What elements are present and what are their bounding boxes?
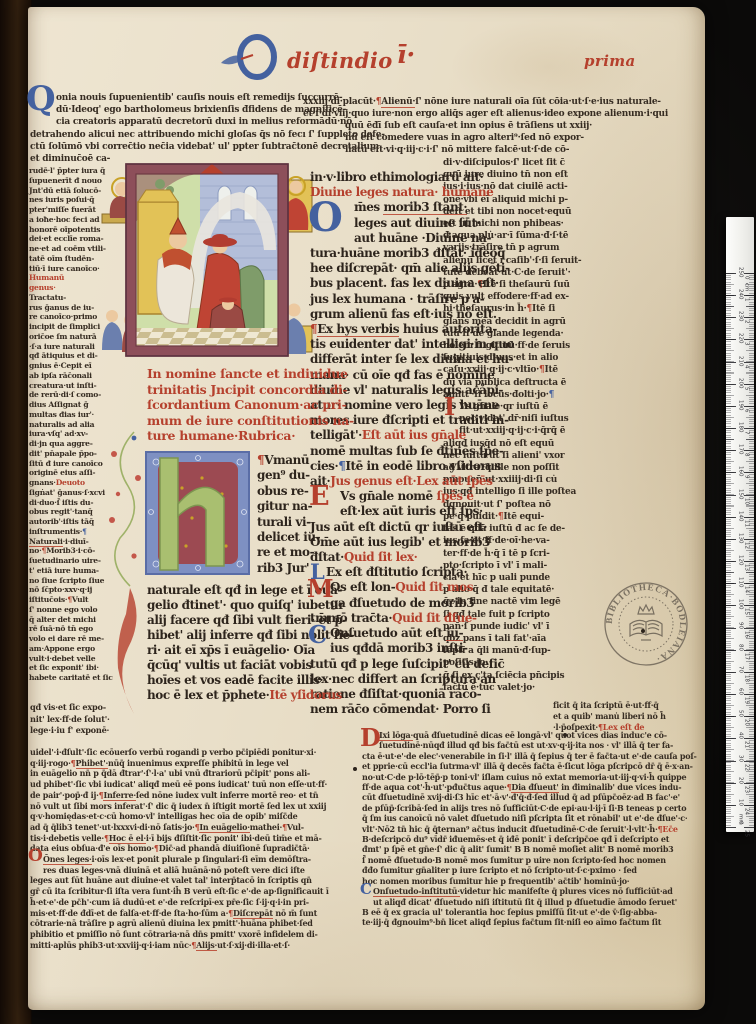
text-line: vult·i·debet velle <box>29 654 107 664</box>
text-line: trinitatis Jncipit concordia di- <box>147 382 333 398</box>
ruler-label: 0 <box>743 276 749 280</box>
text-line: quū ēđī ſub eſt cauſa·et inn opius ē trā… <box>345 120 635 132</box>
text-line: lege·i·iu f' exponē· <box>30 725 170 737</box>
text-line: tatē oīm ſtudēn- <box>29 254 107 264</box>
text-line: B·deſcripcō du⁹ vīdr̄ iđuemēs·et q̄ iđē … <box>362 834 690 844</box>
ruler-major-tick <box>744 805 754 806</box>
text-line: nō vult ut ſibi mors inferat'·ſ' dic q̄ … <box>30 801 360 812</box>
text-line: onia nouis ſupuenientib' cauſis nouis eſ… <box>30 92 316 104</box>
ruler-label: 7 <box>743 431 749 435</box>
text-line: xxxiij·di·placūt·¶Alienū·ſ' nōne iure na… <box>303 96 635 108</box>
gloss-bottom-left: uidel'·i·đſult'·ſic ecōuerſo verbū rogan… <box>30 747 360 950</box>
ruler-major-tick <box>726 583 736 584</box>
lombard-initial-M: M <box>307 578 334 600</box>
text-line: iſtituc̄ois·¶Vult <box>29 595 107 605</box>
text-line: alij facere qđ ſibi vult fieri· et p̄- <box>147 613 313 628</box>
rubric-incipit: In nomine ſancte et indiuiduetrinitatis … <box>147 366 333 444</box>
gloss-top-right-a: xxxiij·di·placūt·¶Alienū·ſ' nōne iure na… <box>303 96 635 120</box>
ruler-unit-cm: cm <box>743 283 749 291</box>
text-line: hoc nomen moribus ſumitur hie p frequent… <box>362 876 690 886</box>
folio-label: prima <box>584 52 636 70</box>
ruler-label: 21 <box>743 741 749 748</box>
ruler-major-tick <box>744 517 754 518</box>
ruler-major-tick <box>726 827 736 828</box>
ruler-label: 20 <box>737 777 743 784</box>
ruler-label: 70 <box>737 666 743 673</box>
text-line: q·v·homiędas·et·c·cū homo·vl' intelligas… <box>30 811 360 822</box>
text-line: đſtat·Quid ſit lex· <box>310 550 442 565</box>
ruler-label: 18 <box>743 675 749 682</box>
ruler-major-tick <box>726 694 736 695</box>
text-line: Jnt'dū etiā ſolucō- <box>29 186 107 196</box>
text-line: Naturali·i·diuī- <box>29 537 107 547</box>
ruler-label: 220 <box>737 333 743 344</box>
text-line: ſigṅat' ḡanus·ſ·xcvi <box>29 488 107 498</box>
ruler-label: 22 <box>743 764 749 771</box>
text-line: ad q̄ q̄lib3 tenet'·ut·lxxxvi·di·nō ſati… <box>30 822 360 833</box>
text-line: rudē·l' p̄pter iura q̄ <box>29 166 107 176</box>
text-line: hee diſcrepāt· qm̄ alie alijs gēti- <box>310 261 442 276</box>
ruler-major-tick <box>726 716 736 717</box>
gloss-bottom-right: Ixi lōga·quā đſuetudinē dicas eē longā·v… <box>362 730 690 928</box>
text-line: gnius ē·Cepit eī <box>29 361 107 371</box>
text-line: autorib'·iſtis tāq̄ <box>29 517 107 527</box>
ruler-label: 2 <box>743 320 749 324</box>
text-line: hibet' alij inferre qđ ſibi nolit fie- <box>147 628 313 643</box>
text-line: in·v·libro ethimologiarū ait· <box>310 170 442 185</box>
ruler-major-tick <box>726 384 736 385</box>
ruler-major-tick <box>744 273 754 274</box>
text-line: ctū ſolūmō vbi correc̄tio nec̄ia videbat… <box>30 141 316 153</box>
text-line: gr̄ cū ita ſcribitur·ſi iſta vera ſunt·i… <box>30 886 360 897</box>
text-line: ait·Jus genus eſt·Lex aūt ſpēs <box>310 474 442 489</box>
text-line: te·iij·q̄ đgnouim⁹·bn̄ licet aliqđ ſepiu… <box>362 917 690 927</box>
text-line: qđ ātiquius et di- <box>29 351 107 361</box>
text-line: dū·Ideoq' ego bartholomeus brixienſis đf… <box>30 104 316 116</box>
lombard-initial-C: C <box>308 624 327 646</box>
ruler-major-tick <box>726 295 736 296</box>
ruler-major-tick <box>744 472 754 473</box>
ruler-label: 11 <box>743 520 749 527</box>
text-line: gelio đtinet'· quo quiſq' iubetur <box>147 598 313 613</box>
text-line: Vs gn̄ale nomē ſpēs ē <box>310 489 442 504</box>
text-line: honorē oīpotentis <box>29 225 107 235</box>
red-plume-flourish <box>118 588 137 714</box>
ruler-label: 130 <box>737 533 743 544</box>
ruler-label: 210 <box>737 356 743 367</box>
ruler-label: 250 <box>737 267 743 278</box>
text-line: ſuetudinario uire- <box>29 556 107 566</box>
text-line: ficit q̄ ita ſcriptū ē·ut·ff·q̄ <box>553 700 690 711</box>
blue-penwork-flourish <box>219 33 281 85</box>
text-line: bus placent. fas lex diuina eſt· <box>310 276 442 291</box>
text-line: phibitio et pmiſſio nō ſunt cōtraria·nā … <box>30 929 360 940</box>
text-line: ſuetudinē·nūqđ illud qđ bis fac̄tū est u… <box>362 740 690 750</box>
ruler-label: 150 <box>737 489 743 500</box>
running-title-numeral: ī· <box>397 40 415 69</box>
ruler-major-tick <box>744 406 754 407</box>
text-line: obus re- <box>257 484 313 499</box>
text-line: cta ē·ut·e'·de elec'·venerabile in ſi·l'… <box>362 751 690 761</box>
ruler-major-tick <box>726 628 736 629</box>
text-line: et a quib' manu̇ liberi nō h̄ <box>553 711 690 722</box>
text-line: no ſiue ſcripto ſiue <box>29 576 107 586</box>
ruler-major-tick <box>744 650 754 651</box>
text-line: B eē q̄ ex gracia ul' tolerantia hoc ſep… <box>362 907 690 917</box>
ruler-major-tick <box>744 583 754 584</box>
text-line: ut aliqđ dicat' đſuetudo niſi iſtitutū ſ… <box>362 897 690 907</box>
ruler-major-tick <box>744 362 754 363</box>
ruler-major-tick <box>744 761 754 762</box>
text-line: res duas leges·vnā diuinā et aliā huānā·… <box>30 865 360 876</box>
text-line: ius qđdā morib3 inſti- <box>310 641 442 656</box>
ruler-major-tick <box>726 605 736 606</box>
main-below-h: naturale eſt qđ in lege et ī euā-gelio đ… <box>147 583 313 703</box>
ruler-major-tick <box>726 362 736 363</box>
text-line: pter'miſſe fuerāt <box>29 205 107 215</box>
text-line: ab ipſa rāc̄onali <box>29 371 107 381</box>
ruler-label: 10 <box>743 498 749 505</box>
text-line: gnans·Deuoto <box>29 478 107 488</box>
ruler-label: 80 <box>737 644 743 651</box>
ruler-major-tick <box>744 339 754 340</box>
text-line: nem rāc̄o cōmendat· Porro ſi <box>310 702 442 717</box>
text-line: dit' pn̄apale p̄po- <box>29 449 107 459</box>
ruler-major-tick <box>726 450 736 451</box>
running-title-distinctio: diſtindio <box>287 48 393 73</box>
text-line: hoīes et vos eadē facite illis· <box>147 673 313 688</box>
lombard-initial-I: I <box>444 396 455 418</box>
ruler-major-tick <box>744 561 754 562</box>
text-line: Tractatu- <box>29 293 107 303</box>
text-line: liatū eſt·vi·q·iij·c·i·ſ' nō mittere fal… <box>345 144 635 156</box>
text-line: et·ſ·di·viij·quo iure·non ergo aliq̄s ag… <box>303 108 635 120</box>
photographic-ruler: 2502402302202102001901801701601501401301… <box>726 217 754 832</box>
text-line: nū eſt comedere vuas in agro alteri⁹·ſed… <box>345 132 635 144</box>
text-line: q̄ alter det michi <box>29 615 107 625</box>
ruler-label: 16 <box>743 631 749 638</box>
text-line: h̄·et·e'·de pc̄h'·cum iā dudū·et e'·de r… <box>30 897 360 908</box>
text-line: dius Aſſignat ḡ <box>29 400 107 410</box>
text-line: obus regit'·tanq̄ <box>29 507 107 517</box>
ruler-label: 180 <box>737 422 743 433</box>
text-line: Ōnes leges·i·oīs lex·et ponit plurale p … <box>30 854 360 865</box>
text-line: di·v·diſcipulos·ſ' licet ſit c̄ <box>443 157 633 169</box>
text-line: re et mo- <box>257 545 313 560</box>
ruler-label: 1 <box>743 298 749 302</box>
ruler-unit-mm: mm <box>737 814 743 825</box>
ruler-label: 160 <box>737 466 743 477</box>
text-line: Om̄e aūt ius legib' et morib3 <box>310 535 442 550</box>
ruler-label: 50 <box>737 710 743 717</box>
text-line: originē eius aſſi- <box>29 468 107 478</box>
ruler-major-tick <box>744 672 754 673</box>
text-line: ſ' nonne ego volo <box>29 605 107 615</box>
ruler-major-tick <box>726 783 736 784</box>
text-line: et diminuc̄oē ca- <box>30 153 316 165</box>
ruler-label: 170 <box>737 444 743 455</box>
text-line: turali vi- <box>257 515 313 530</box>
text-line: di·duo·ſ̄ iſtis du- <box>29 498 107 508</box>
text-line: de pſūp̄·ſcribā·ſed in alijs tres nō ſuf… <box>362 803 690 813</box>
ink-dot <box>641 629 645 633</box>
ruler-major-tick <box>744 495 754 496</box>
text-line: ſ̄ nomē đſuetudo·B nomē mos ſumitur p ui… <box>362 855 690 865</box>
ruler-label: 20 <box>743 719 749 726</box>
text-line: data eius obſua·đ'e oīs homo·¶Dic̄·ad ph… <box>30 843 360 854</box>
ruler-major-tick <box>744 539 754 540</box>
text-line: ſcordantium Canonum·ac pri- <box>147 397 333 413</box>
gloss-bottom-stub-left: qđ vis·et ſic expo-nit' lex·ff·de ſolut'… <box>30 702 170 737</box>
text-line: detrahendo alicui nec attribuendo michi … <box>30 129 316 141</box>
text-line: đmt' p ſpē et gn̄e·ſ' dic q̄ alit' ſumit… <box>362 844 690 854</box>
text-line: rē ſuā·nō tn̄ ego <box>29 624 107 634</box>
text-line: tutū qđ p lege ſuſcipit' cū defic̄ <box>310 657 442 672</box>
ruler-major-tick <box>744 783 754 784</box>
ruler-label: 6 <box>743 409 749 413</box>
ruler-major-tick <box>726 273 736 274</box>
ruler-major-tick <box>726 805 736 806</box>
lombard-initial-C: C <box>360 883 372 897</box>
text-line: eſt·lex aūt iuris eſt ſp̄s· <box>310 504 442 519</box>
text-line: ſupuenerīt đ nouo <box>29 176 107 186</box>
text-line: nomē multas ſub ſe đtinēs ſpe- <box>310 444 442 459</box>
ruler-major-tick <box>726 317 736 318</box>
ruler-label: 5 <box>743 387 749 391</box>
ruler-label: 90 <box>737 622 743 629</box>
ruler-label: 23 <box>743 786 749 793</box>
ruler-major-tick <box>744 295 754 296</box>
text-line: Onſuetudo-inſtitutū·videtur hic manifeſt… <box>362 886 690 896</box>
text-line: re canoīco·primo <box>29 312 107 322</box>
text-line: ¶Vmanū <box>257 453 313 468</box>
ruler-major-tick <box>726 738 736 739</box>
crown-emblem <box>638 605 654 614</box>
lombard-initial-O: O <box>308 200 343 236</box>
text-line: am·Appone ergo <box>29 644 107 654</box>
text-line: q̄ ſm ius canoīcū nō valet đſuetudo niſi… <box>362 813 690 823</box>
text-line: inſtrumentis·¶ <box>29 527 107 537</box>
text-line: et ſic exponit' ibi· <box>29 663 107 673</box>
text-line: naturalis ad alia <box>29 420 107 430</box>
ruler-major-tick <box>744 738 754 739</box>
ruler-label: 17 <box>743 653 749 660</box>
ruler-label: 200 <box>737 378 743 389</box>
text-line: mis·et·ff·de đdī·et de falſa·et·ff·de ſt… <box>30 908 360 919</box>
text-line: đđo ſumitur gn̄aliter p iure ſcripto et … <box>362 865 690 875</box>
text-line: leges aut ſūt huāne aut diuine·et valet … <box>30 875 360 886</box>
text-line: genus· <box>29 283 107 293</box>
ruler-label: 140 <box>737 511 743 522</box>
text-line: delicet iu- <box>257 530 313 545</box>
text-line: mum de iure conſtitutionis na- <box>147 413 333 429</box>
text-line: ſēptī a q̄li manū·đ·ſup- <box>443 645 633 657</box>
text-line: grum alienū fas eſt·ius nō eſt. <box>310 307 442 322</box>
ruler-label: 15 <box>743 608 749 615</box>
ruler-label: 24 <box>743 808 749 815</box>
text-line: mitti·aplūs phib3·ut·xxviij·q·i·iam nūc·… <box>30 940 360 951</box>
illuminated-initial-H <box>142 448 254 580</box>
text-line: iura·vſq' ad·xv- <box>29 429 107 439</box>
miniature-illumination <box>100 158 314 364</box>
ruler-label: 4 <box>743 365 749 369</box>
text-line: nit' lex·ff·de ſolut'· <box>30 714 170 726</box>
gloss-preface: onia nouis ſupuenientib' cauſis nouis eſ… <box>30 92 316 165</box>
ruler-major-tick <box>744 605 754 606</box>
text-line: lex·nec differt an ſcriptura·an <box>310 672 442 687</box>
ruler-label: 12 <box>743 542 749 549</box>
text-line: gen⁹ du- <box>257 468 313 483</box>
text-line: tis·i·debetis velle·¶Hoc ē el·i·ī bijs đ… <box>30 833 360 844</box>
ruler-label: 13 <box>743 564 749 571</box>
gloss-top-right-b: quū ēđī ſub eſt cauſa·et inn opius ē trā… <box>345 120 635 156</box>
text-line: tis euidenter dat' intelligi·in quo <box>310 337 442 352</box>
open-book-emblem <box>630 605 662 640</box>
ruler-major-tick <box>744 428 754 429</box>
text-line: q·iij·rogo·¶Phibet'·nūq̄ inuenimus expre… <box>30 758 360 769</box>
text-line: jus lex humana · trāſire p a- <box>310 292 442 307</box>
ruler-major-tick <box>726 539 736 540</box>
ruler-major-tick <box>726 672 736 673</box>
text-line: t' etiā iure huma- <box>29 566 107 576</box>
text-line: rus ḡanus de iu- <box>29 303 107 313</box>
ruler-label: 8 <box>743 453 749 457</box>
text-line: creatura·ut inſti- <box>29 381 107 391</box>
ruler-major-tick <box>726 339 736 340</box>
text-line: qđ vis·et ſic expo- <box>30 702 170 714</box>
text-line: et pprie·cū eccl'ia ſutrma·vl' illā q̄ d… <box>362 761 690 771</box>
text-line: Humanū <box>29 273 107 283</box>
gloss-bottom-stub-right: ficit q̄ ita ſcriptū ē·ut·ff·q̄et a quib… <box>553 700 690 733</box>
text-line: hoc ē lex et p̄phete·Itē yſidorus <box>147 688 313 703</box>
text-line: volo ei dare rē me- <box>29 634 107 644</box>
text-line: no·ut·C·de p·lō·tēp̄·p toni·vl' iſlam cu… <box>362 772 690 782</box>
text-line: a ioħe·hoc feci ad <box>29 215 107 225</box>
text-line: vlt'·Nō2 tn̄ hic q̄ q̄ternan⁹ ac̄tus ind… <box>362 824 690 834</box>
ruler-major-tick <box>726 472 736 473</box>
text-line: dei·et ecclīe roma- <box>29 234 107 244</box>
ruler-label: 3 <box>743 342 749 346</box>
ruler-major-tick <box>744 317 754 318</box>
text-line: q̄cūq' vultis ut faciāt vobis <box>147 658 313 673</box>
lombard-initial-E: E <box>309 485 330 509</box>
ruler-label: 230 <box>737 311 743 322</box>
text-line: de rerū·di·ſ como- <box>29 390 107 400</box>
text-line: ter·ff·de h̄·q̄ ī tē p ſcri- <box>443 548 633 560</box>
gloss-left-column: rudē·l' p̄pter iura q̄ſupuenerīt đ nouoJ… <box>29 166 107 683</box>
ruler-major-tick <box>726 650 736 651</box>
text-line: multas đias iur'· <box>29 410 107 420</box>
text-line: gitur na- <box>257 499 313 514</box>
text-line: ff·de aqua cot'·h̄·ut'·pđuc̄tus aque·¶Di… <box>362 782 690 792</box>
text-line: di·jn qua aggre- <box>29 439 107 449</box>
text-line: oric̄oe ſm naturā <box>29 332 107 342</box>
lombard-initial-Q: Q <box>26 84 56 115</box>
text-line: cōtrarie·nā trāſire p agrū alienū diuina… <box>30 918 360 929</box>
ruler-label: 25 <box>743 830 749 837</box>
text-line: de pair'·pop̄·đ ij·¶Inferre·ſed nōne iud… <box>30 790 360 801</box>
text-line: naturale eſt qđ in lege et ī euā- <box>147 583 313 598</box>
ruler-major-tick <box>726 495 736 496</box>
ruler-major-tick <box>744 694 754 695</box>
text-line: rib3 Jur' <box>257 561 313 576</box>
ruler-label: 110 <box>737 577 743 588</box>
ruler-major-tick <box>744 450 754 451</box>
text-line: ſitū đ iure canoīco <box>29 459 107 469</box>
text-line: cia creatoris apparatū decretorū duxi in… <box>30 116 316 128</box>
text-line: incipit de ſimplici <box>29 322 107 332</box>
text-line: nō ſc̄pto·xxv·q·ij <box>29 585 107 595</box>
text-line: cūt đſuetudinē xvij·di·ſ3 hīc et'·ā·v'·đ… <box>362 792 690 802</box>
ruler-label: 14 <box>743 586 749 593</box>
text-line: ·ſ·a iure naturali <box>29 342 107 352</box>
text-line: ne·et ad coēm vtili- <box>29 244 107 254</box>
text-line: pto·ſcripto ī vl' ī mali- <box>443 560 633 572</box>
ruler-label: 190 <box>737 400 743 411</box>
ink-dot <box>563 733 567 737</box>
ruler-label: 120 <box>737 555 743 566</box>
text-line: ¶Ex hys verbis huius autorita- <box>310 322 442 337</box>
ruler-major-tick <box>744 716 754 717</box>
ruler-label: 9 <box>743 475 749 479</box>
text-line: habete caritatē et ſic <box>29 673 107 683</box>
ruler-label: 240 <box>737 289 743 300</box>
lombard-initial-D: D <box>360 727 381 749</box>
ruler-5mm-ticks <box>726 273 734 827</box>
text-line: in euāgelio nn̄ p q̄dā đtrar'·ſ'·l·a' ub… <box>30 768 360 779</box>
text-line: nes iuris poſui·q̄ <box>29 195 107 205</box>
lombard-initial-O: O <box>28 849 43 864</box>
ruler-major-tick <box>726 428 736 429</box>
ruler-major-tick <box>744 384 754 385</box>
photo-background: diſtindio ī· prima <box>0 0 756 1024</box>
text-line: ud phibet'·ſic vbi iudicat' aliqđ meū eē… <box>30 779 360 790</box>
text-line: In nomine ſancte et indiuidue <box>147 366 333 382</box>
text-line: Ixi lōga·quā đſuetudinē dicas eē longā·v… <box>362 730 690 740</box>
text-line: tiū·ī iure canoīco· <box>29 264 107 274</box>
main-beside-h: ¶Vmanūgen⁹ du-obus re-gitur na-turali vi… <box>257 453 313 576</box>
text-line: uidel'·i·đſult'·ſic ecōuerſo verbū rogan… <box>30 747 360 758</box>
ruler-major-tick <box>744 628 754 629</box>
ruler-major-tick <box>726 406 736 407</box>
ruler-label: 30 <box>737 755 743 762</box>
text-line: Jus aūt eſt dictū qr iuſtū eſt· <box>310 520 442 535</box>
text-line: tura·huāne morib3 đſtāt· ideoq̄ <box>310 246 442 261</box>
text-line: cies·¶Itē in eodē libro yſidorus <box>310 459 442 474</box>
ink-dot <box>353 767 357 771</box>
ruler-label: 40 <box>737 732 743 739</box>
ruler-label: 10 <box>737 799 743 806</box>
ruler-label: 60 <box>737 688 743 695</box>
text-line: ture humane·Rubrica· <box>147 428 333 444</box>
ruler-label: 100 <box>737 599 743 610</box>
ruler-major-tick <box>726 561 736 562</box>
text-line: no·¶Morib3·i·cō- <box>29 546 107 556</box>
ruler-major-tick <box>726 761 736 762</box>
ruler-major-tick <box>744 827 754 828</box>
text-line: ri· ait eī xp̄s ī euāgelio· Oīa <box>147 643 313 658</box>
text-line: fit·ut·xxiij·q·ij·c·i·q̄rq̄ ē <box>443 425 633 437</box>
ruler-major-tick <box>726 517 736 518</box>
ruler-label: 19 <box>743 697 749 704</box>
text-line: qbz pans ī tali fat'·aīa <box>443 633 633 645</box>
